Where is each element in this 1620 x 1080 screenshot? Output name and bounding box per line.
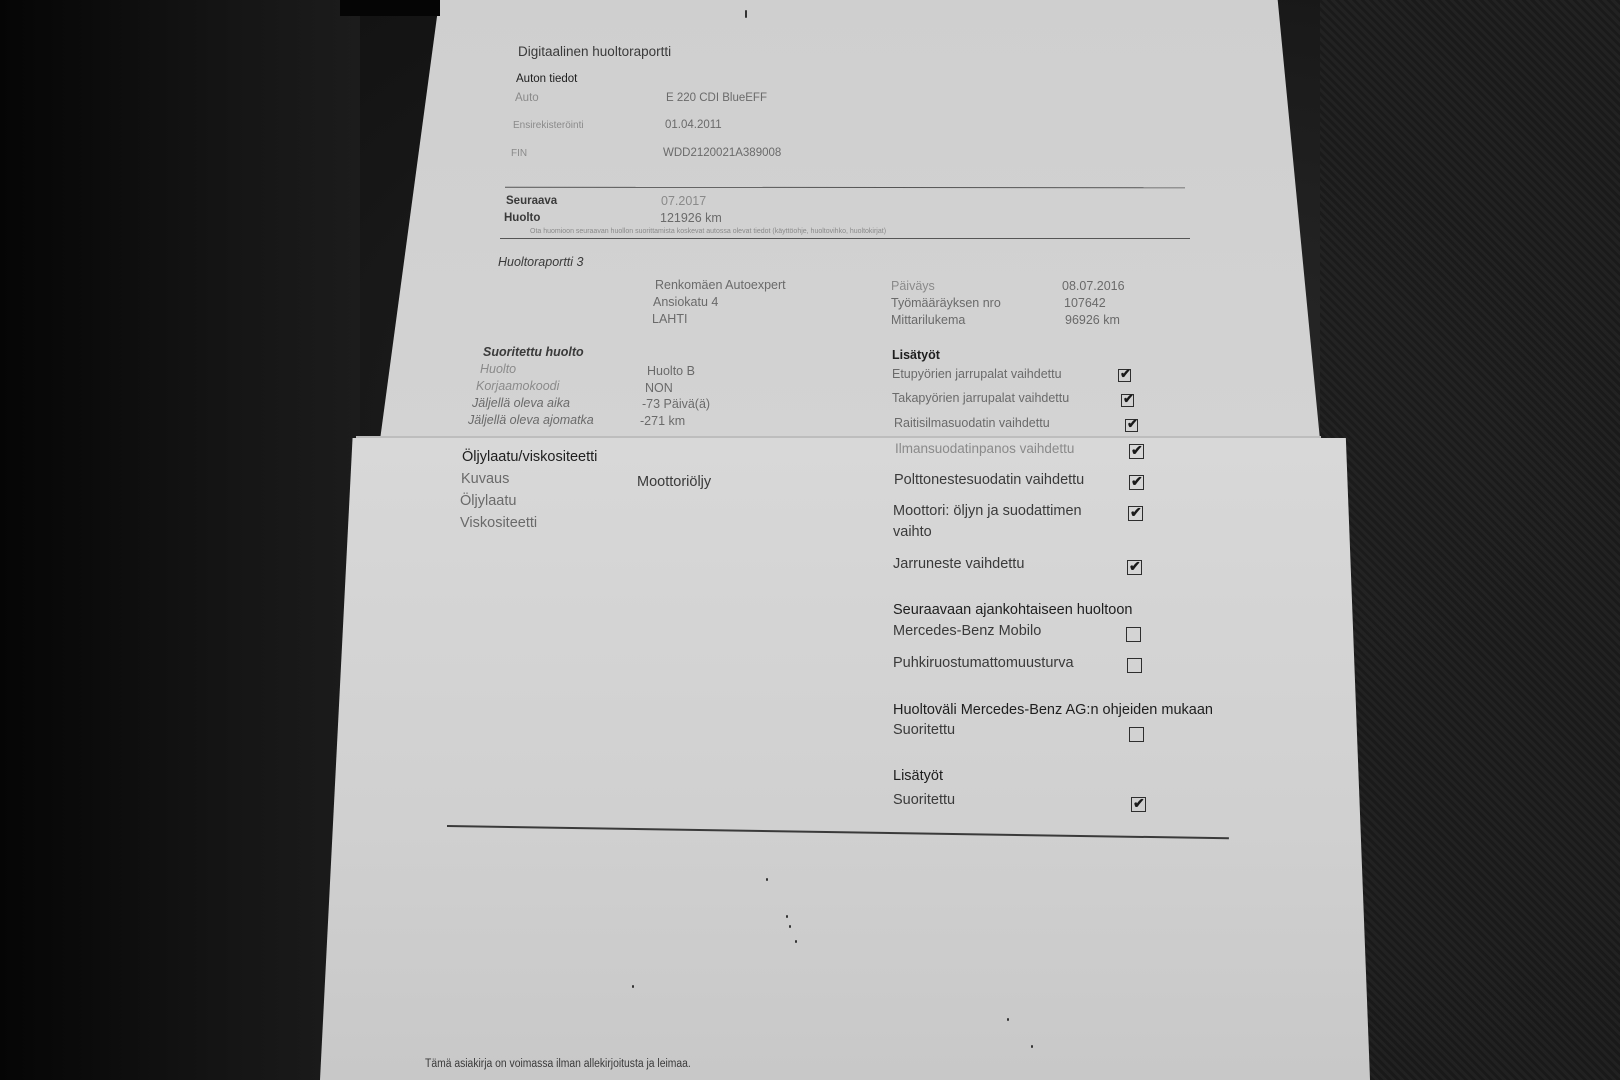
next-service-date: 07.2017 [661,194,706,208]
next-service-label-2: Huolto [504,212,540,224]
car-value-registration: 01.04.2011 [665,119,722,131]
oil-label-description: Kuvaus [461,471,509,487]
car-info-heading: Auton tiedot [516,73,577,85]
car-label-fin: FIN [511,148,527,159]
meta-value-date: 08.07.2016 [1062,279,1125,293]
workshop-city: LAHTI [652,312,687,326]
next-current-service-item-label: Mercedes-Benz Mobilo [893,623,1041,639]
extra-work-checkbox-rear-brake-pads[interactable]: ✔ [1121,394,1134,407]
checkmark-icon: ✔ [1123,391,1134,407]
performed-value-distance: -271 km [640,414,685,428]
extra-work-item-label-line2: vaihto [893,524,932,540]
background-left [0,0,360,1080]
extra-work-item-label: Jarruneste vaihdettu [893,556,1024,572]
oil-label-quality: Öljylaatu [460,493,516,509]
checkmark-icon: ✔ [1130,504,1142,520]
extra-work-checkbox-air-filter[interactable]: ✔ [1129,444,1144,459]
workshop-name: Renkomäen Autoexpert [655,278,786,292]
meta-label-order: Työmääräyksen nro [891,296,1001,310]
car-label-auto: Auto [515,92,539,104]
paper-speck [632,985,634,988]
checkbox-corrosion-warranty[interactable] [1127,658,1142,673]
extra-work-item-label: Ilmansuodatinpanos vaihdettu [895,441,1074,456]
meta-label-odometer: Mittarilukema [891,313,965,327]
performed-heading: Suoritettu huolto [483,345,584,359]
interval-item-label: Suoritettu [893,722,955,738]
meta-value-odometer: 96926 km [1065,313,1120,327]
next-current-service-heading: Seuraavaan ajankohtaiseen huoltoon [893,602,1132,618]
extra-work-checkbox-front-brake-pads[interactable]: ✔ [1118,369,1131,382]
extra-work-checkbox-cabin-filter[interactable]: ✔ [1125,419,1138,432]
extra-work-item-label: Takapyörien jarrupalat vaihdettu [892,391,1069,405]
oil-heading: Öljylaatu/viskositeetti [462,449,597,465]
extra-work-item-label: Moottori: öljyn ja suodattimen [893,503,1082,519]
extra-work-item-label: Raitisilmasuodatin vaihdettu [894,416,1050,430]
performed-label-distance: Jäljellä oleva ajomatka [468,413,594,427]
performed-value-service: Huolto B [647,364,695,378]
dark-tab-top-left [340,0,440,16]
oil-value-description: Moottoriöljy [637,474,711,490]
checkmark-icon: ✔ [1131,442,1143,458]
interval-heading: Huoltoväli Mercedes-Benz AG:n ohjeiden m… [893,702,1213,718]
paper-speck [789,925,791,928]
footer-note: Tämä asiakirja on voimassa ilman allekir… [425,1058,691,1070]
performed-label-time: Jäljellä oleva aika [472,396,570,410]
background-right-seat-texture [1320,0,1620,1080]
meta-value-order: 107642 [1064,296,1106,310]
next-current-service-item-label: Puhkiruostumattomuusturva [893,655,1074,671]
paper-lower-panel [320,438,1370,1080]
paper-speck [766,878,768,881]
checkbox-mercedes-benz-mobilo[interactable] [1126,627,1141,642]
extra-work-checkbox-engine-oil[interactable]: ✔ [1128,506,1143,521]
next-service-note: Ota huomioon seuraavan huollon suorittam… [530,228,886,235]
paper-speck [745,10,747,18]
paper-speck [786,915,788,918]
checkmark-icon: ✔ [1133,795,1145,811]
paper-speck [795,940,797,943]
car-value-auto: E 220 CDI BlueEFF [666,92,767,104]
checkmark-icon: ✔ [1127,416,1138,432]
extra-work-item-label: Etupyörien jarrupalat vaihdettu [892,367,1062,381]
extra-work-checkbox-brake-fluid[interactable]: ✔ [1127,560,1142,575]
next-service-km: 121926 km [660,211,722,225]
checkbox-interval-performed[interactable] [1129,727,1144,742]
paper-fold-line [356,436,1321,438]
performed-value-time: -73 Päivä(ä) [642,397,710,411]
car-value-fin: WDD2120021A389008 [663,147,781,159]
car-label-registration: Ensirekisteröinti [513,120,584,131]
paper-speck [1007,1018,1009,1021]
next-service-label-1: Seuraava [506,195,557,207]
meta-label-date: Päiväys [891,279,935,293]
performed-label-code: Korjaamokoodi [476,379,559,393]
extra-work-checkbox-fuel-filter[interactable]: ✔ [1129,475,1144,490]
checkmark-icon: ✔ [1120,366,1131,382]
checkbox-extra-work-performed[interactable]: ✔ [1131,797,1146,812]
extra-work-heading: Lisätyöt [892,348,940,362]
extra-work-done-item-label: Suoritettu [893,792,955,808]
paper-speck [1031,1045,1033,1048]
checkmark-icon: ✔ [1129,558,1141,574]
workshop-street: Ansiokatu 4 [653,295,718,309]
divider-2 [500,238,1190,239]
extra-work-item-label: Polttonestesuodatin vaihdettu [894,472,1084,488]
document-title: Digitaalinen huoltoraportti [518,44,671,59]
oil-label-viscosity: Viskositeetti [460,515,537,531]
extra-work-done-heading: Lisätyöt [893,768,943,784]
checkmark-icon: ✔ [1131,473,1143,489]
performed-label-service: Huolto [480,362,516,376]
report-heading: Huoltoraportti 3 [498,255,583,269]
performed-value-code: NON [645,381,673,395]
